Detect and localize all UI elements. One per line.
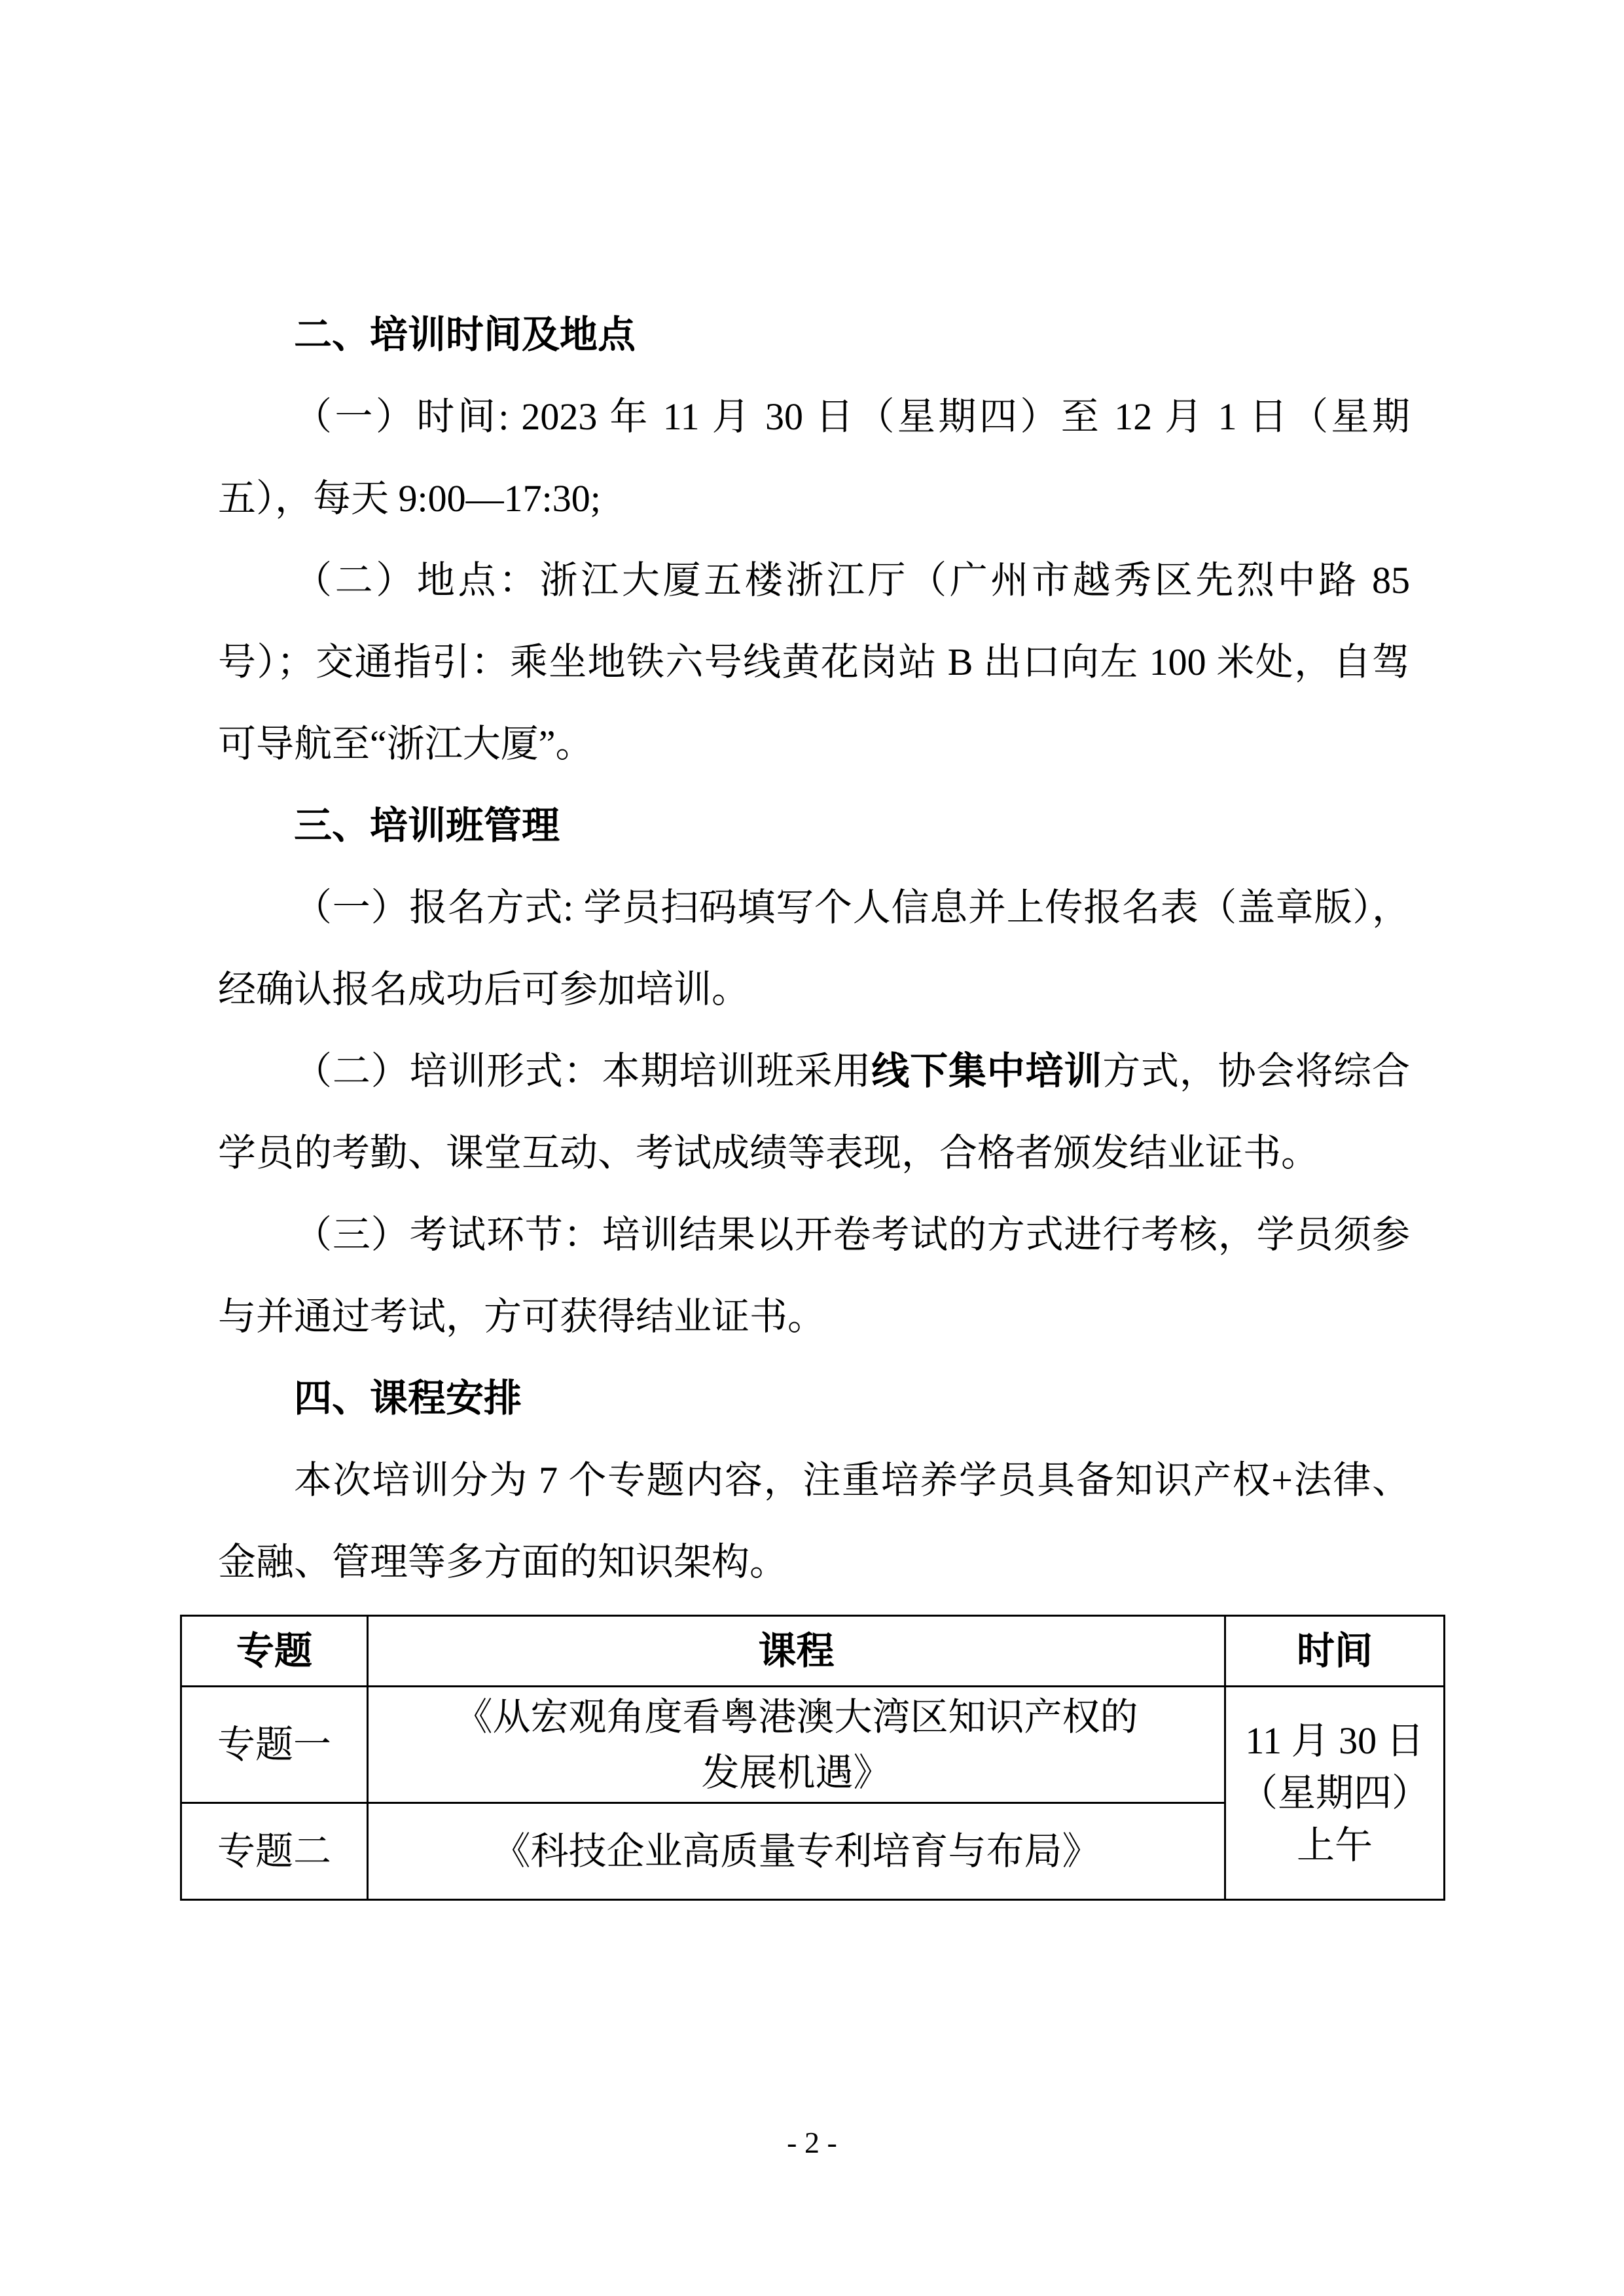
training-form-bold-run: 线下集中培训 <box>871 1050 1102 1092</box>
table-row: 专题一 《从宏观角度看粤港澳大湾区知识产权的 发展机遇》 11 月 30 日 （… <box>181 1687 1445 1803</box>
section-heading-training-time-location: 二、培训时间及地点 <box>218 294 1410 376</box>
paragraph-course-intro: 本次培训分为 7 个专题内容，注重培养学员具备知识产权+法律、金融、管理等多方面… <box>218 1439 1410 1603</box>
course-1-cell: 《从宏观角度看粤港澳大湾区知识产权的 发展机遇》 <box>368 1687 1225 1803</box>
course-2-cell: 《科技企业高质量专利培育与布局》 <box>368 1803 1225 1900</box>
paragraph-training-location: （二）地点：浙江大厦五楼浙江厅（广州市越秀区先烈中路 85 号）；交通指引：乘坐… <box>218 539 1410 785</box>
column-header-course: 课程 <box>368 1616 1225 1687</box>
page-number: - 2 - <box>0 2126 1624 2160</box>
paragraph-training-form: （二）培训形式：本期培训班采用线下集中培训方式，协会将综合学员的考勤、课堂互动、… <box>218 1030 1410 1194</box>
topic-1-cell: 专题一 <box>181 1687 368 1803</box>
column-header-time: 时间 <box>1225 1616 1445 1687</box>
section-heading-class-management: 三、培训班管理 <box>218 785 1410 867</box>
course-schedule-table: 专题 课程 时间 专题一 《从宏观角度看粤港澳大湾区知识产权的 发展机遇》 11… <box>180 1615 1445 1901</box>
paragraph-signup-method: （一）报名方式: 学员扫码填写个人信息并上传报名表（盖章版），经确认报名成功后可… <box>218 867 1410 1030</box>
topic-2-cell: 专题二 <box>181 1803 368 1900</box>
table-header-row: 专题 课程 时间 <box>181 1616 1445 1687</box>
document-body: 二、培训时间及地点 （一）时间: 2023 年 11 月 30 日（星期四）至 … <box>218 294 1410 1901</box>
section-heading-course-schedule: 四、课程安排 <box>218 1357 1410 1439</box>
time-merged-cell: 11 月 30 日 （星期四） 上午 <box>1225 1687 1445 1900</box>
paragraph-training-time: （一）时间: 2023 年 11 月 30 日（星期四）至 12 月 1 日（星… <box>218 376 1410 539</box>
training-form-prefix: （二）培训形式：本期培训班采用 <box>294 1050 871 1092</box>
paragraph-exam-step: （三）考试环节：培训结果以开卷考试的方式进行考核，学员须参与并通过考试，方可获得… <box>218 1194 1410 1357</box>
column-header-topic: 专题 <box>181 1616 368 1687</box>
document-page: 二、培训时间及地点 （一）时间: 2023 年 11 月 30 日（星期四）至 … <box>0 0 1624 2296</box>
